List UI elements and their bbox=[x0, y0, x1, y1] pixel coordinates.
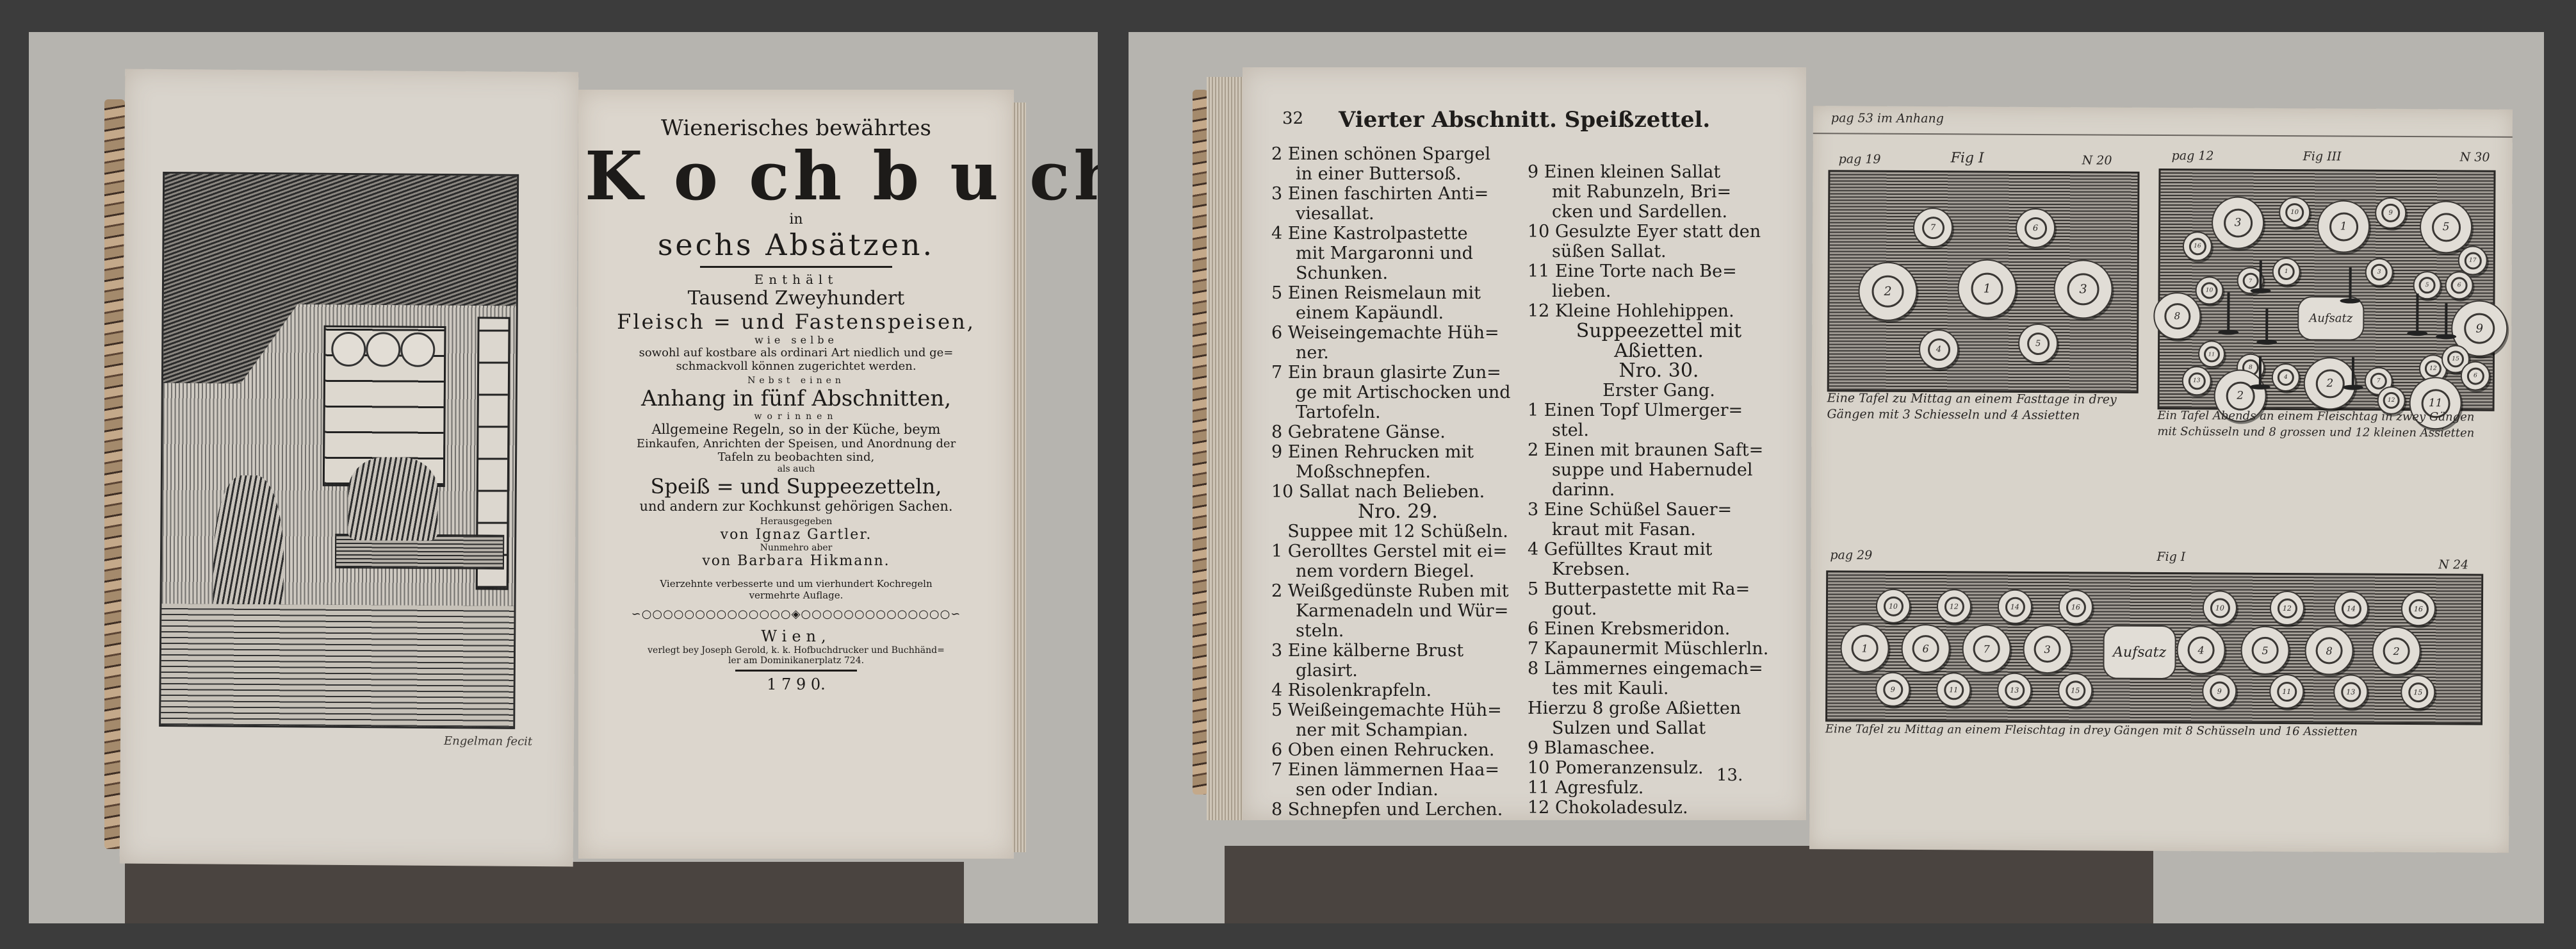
dish-plate: 6 bbox=[2445, 271, 2473, 299]
count-line: Tausend Zweyhundert bbox=[585, 287, 1007, 309]
dish-plate: 11 bbox=[1936, 672, 1971, 707]
dish-number: 3 bbox=[2034, 636, 2061, 663]
dish-plate: 4 bbox=[2272, 363, 2300, 392]
dish-number: 2 bbox=[2383, 638, 2409, 664]
menu-entry: Hierzu 8 große Aßietten bbox=[1528, 698, 1790, 718]
dish-plate: 2 bbox=[1858, 262, 1917, 321]
dish-number: 4 bbox=[1927, 338, 1950, 361]
dish-number: 8 bbox=[2315, 637, 2342, 664]
menu-entry: nem vordern Biegel. bbox=[1271, 561, 1524, 581]
fig3-caption-2: mit Schüsseln und 8 grossen und 12 klein… bbox=[2157, 425, 2474, 440]
signature-mark: 13. bbox=[1716, 766, 1743, 785]
dish-number: 1 bbox=[2278, 263, 2295, 280]
menu-entry: einem Kapäundl. bbox=[1271, 303, 1524, 323]
dish-plate: 11 bbox=[2269, 674, 2304, 709]
menu-entry: 8 Lämmernes eingemach= bbox=[1528, 659, 1790, 679]
menu-entry: darinn. bbox=[1528, 480, 1790, 500]
menu-entry: Schunken. bbox=[1271, 263, 1524, 283]
dish-number: 10 bbox=[2201, 282, 2217, 299]
dish-number: 13 bbox=[2341, 682, 2361, 702]
dish-number: 1 bbox=[1971, 272, 2003, 304]
dish-number: 13 bbox=[2005, 680, 2025, 700]
menu-entry: 12 Chokoladesulz. bbox=[1528, 798, 1790, 818]
dish-plate: 6 bbox=[2461, 361, 2490, 390]
publisher-line-2: ler am Dominikanerplatz 724. bbox=[585, 656, 1007, 666]
appendix-line: Anhang in fünf Abschnitten, bbox=[585, 386, 1007, 411]
kitchen-engraving bbox=[159, 172, 519, 729]
dish-number: 16 bbox=[2189, 238, 2206, 255]
menu-entry: steln. bbox=[1271, 621, 1524, 641]
candlestick-icon bbox=[2265, 309, 2268, 341]
description-line-2: schmackvoll können zugerichtet werden. bbox=[585, 359, 1007, 373]
dish-plate: 4 bbox=[1919, 329, 1959, 369]
dish-plate: 5 bbox=[2240, 626, 2289, 675]
right-photo-panel: 32 Vierter Abschnitt. Speißzettel. 2 Ein… bbox=[1129, 32, 2544, 923]
dish-plate: 16 bbox=[2183, 231, 2212, 261]
dish-number: 7 bbox=[2242, 272, 2258, 288]
edition-line-2: vermehrte Auflage. bbox=[585, 590, 1007, 601]
dish-plate: 16 bbox=[2401, 591, 2436, 626]
dish-number: 11 bbox=[1944, 680, 1964, 700]
nunmehro: Nunmehro aber bbox=[585, 543, 1007, 553]
fig1-caption-1: Eine Tafel zu Mittag an einem Fasttage i… bbox=[1827, 391, 2117, 406]
dish-number: 16 bbox=[2408, 599, 2428, 619]
dish-plate: 9 bbox=[1875, 672, 1910, 707]
menu-entry: suppe und Habernudel bbox=[1528, 460, 1790, 480]
dish-number: 6 bbox=[1912, 635, 1939, 662]
dish-number: 5 bbox=[2251, 637, 2278, 664]
author-line: von Ignaz Gartler. bbox=[585, 527, 1007, 543]
dish-plate: 3 bbox=[2365, 258, 2393, 286]
worinnen: worinnen bbox=[585, 411, 1007, 422]
menu-entry: 11 Eine Torte nach Be= bbox=[1528, 261, 1790, 281]
edition-line-1: Vierzehnte verbesserte und um vierhunder… bbox=[585, 578, 1007, 590]
menu-entry: 2 Einen schönen Spargel bbox=[1271, 144, 1524, 164]
fig1-table-diagram: 7621345 bbox=[1827, 170, 2140, 393]
dish-plate: 1 bbox=[2317, 200, 2370, 252]
other-line: und andern zur Kochkunst gehörigen Sache… bbox=[585, 499, 1007, 514]
dish-number: 15 bbox=[2447, 351, 2464, 367]
menu-entry: 5 Einen Reismelaun mit bbox=[1271, 283, 1524, 303]
engraving-plate bbox=[366, 332, 400, 367]
dish-number: 1 bbox=[2329, 212, 2358, 241]
dish-plate: 6 bbox=[2016, 208, 2055, 248]
menus-line: Speiß = und Suppeezetteln, bbox=[585, 474, 1007, 499]
foldout-rule bbox=[1813, 133, 2513, 138]
dish-number: 17 bbox=[2464, 252, 2481, 269]
dish-number: 7 bbox=[1973, 635, 2000, 662]
herausgegeben: Herausgegeben bbox=[585, 516, 1007, 527]
centerpiece-aufsatz: Aufsatz bbox=[2103, 625, 2176, 680]
dish-number: 6 bbox=[2451, 277, 2468, 293]
menu-entry: 6 Weiseingemachte Hüh= bbox=[1271, 323, 1524, 343]
menu-entry: Suppee mit 12 Schüßeln. bbox=[1271, 522, 1524, 541]
title-rule bbox=[700, 266, 892, 268]
menu-entry: glasirt. bbox=[1271, 661, 1524, 681]
dish-number: 9 bbox=[2464, 313, 2495, 343]
dish-plate: 3 bbox=[2212, 196, 2264, 249]
menu-entry: 4 Eine Kastrolpastette bbox=[1271, 224, 1524, 243]
dish-number: 10 bbox=[2285, 203, 2304, 222]
dish-number: 6 bbox=[2024, 217, 2046, 239]
menu-entry: 12 Kleine Hohlehippen. bbox=[1528, 301, 1790, 321]
menu-entry: 8 Schnepfen und Lerchen. bbox=[1271, 800, 1524, 820]
publisher-line-1: verlegt bey Joseph Gerold, k. k. Hofbuch… bbox=[585, 645, 1007, 656]
dish-plate: 10 bbox=[2279, 197, 2310, 228]
description-line-1: sowohl auf kostbare als ordinari Art nie… bbox=[585, 346, 1007, 359]
dish-number: 11 bbox=[2277, 681, 2297, 701]
dish-number: 7 bbox=[1921, 217, 1944, 239]
dish-plate: 13 bbox=[1997, 673, 2032, 707]
dish-number: 3 bbox=[2067, 273, 2099, 305]
dish-number: 13 bbox=[2188, 372, 2205, 390]
menu-entry: mit Margaronni und bbox=[1271, 243, 1524, 263]
menu-entry: sen oder Indian. bbox=[1271, 780, 1524, 800]
menu-entry: 10 Pomeranzensulz. bbox=[1528, 758, 1790, 778]
dish-number: 2 bbox=[1871, 276, 1903, 308]
rules-line-2: Einkaufen, Anrichten der Speisen, und An… bbox=[585, 437, 1007, 450]
menu-entry: 9 Einen Rehrucken mit bbox=[1271, 442, 1524, 462]
dish-number: 9 bbox=[1883, 679, 1903, 699]
dish-plate: 5 bbox=[2018, 324, 2058, 363]
dish-number: 4 bbox=[2187, 636, 2214, 663]
menu-entry: Sulzen und Sallat bbox=[1528, 718, 1790, 738]
dish-plate: 10 bbox=[2195, 276, 2223, 304]
menu-left-column: 2 Einen schönen Spargelin einer Butterso… bbox=[1271, 144, 1524, 820]
menu-entry: Aßietten. bbox=[1528, 341, 1790, 361]
menu-entry: Moßschnepfen. bbox=[1271, 462, 1524, 482]
dish-plate: 1 bbox=[1957, 259, 2016, 318]
dish-number: 14 bbox=[2341, 598, 2361, 618]
running-head: Vierter Abschnitt. Speißzettel. bbox=[1339, 107, 1710, 133]
dish-number: 9 bbox=[2381, 204, 2400, 222]
year: 1 7 9 0. bbox=[585, 675, 1007, 693]
frontispiece-page: Engelman fecit bbox=[120, 69, 579, 867]
dish-number: 12 bbox=[1944, 597, 1964, 616]
dish-plate: 11 bbox=[2198, 340, 2225, 367]
marbled-cover-edge bbox=[1193, 90, 1208, 795]
fig3-caption-1: Ein Tafel Abends an einem Fleischtag in … bbox=[2157, 409, 2474, 424]
menu-entry: kraut mit Fasan. bbox=[1528, 520, 1790, 540]
dish-plate: 12 bbox=[1937, 589, 1971, 623]
menu-entry: 6 Oben einen Rehrucken. bbox=[1271, 740, 1524, 760]
menu-entry: Nro. 30. bbox=[1528, 361, 1790, 381]
fig3-page-ref: pag 12 bbox=[2172, 149, 2214, 163]
menu-entry: tes mit Kauli. bbox=[1528, 679, 1790, 698]
candlestick-icon bbox=[2227, 293, 2230, 331]
candlestick-icon bbox=[2445, 303, 2447, 335]
fig1-caption-2: Gängen mit 3 Schiesseln und 4 Assietten bbox=[1827, 407, 2080, 422]
menu-entry: Tartofeln. bbox=[1271, 402, 1524, 422]
foldout-plate: pag 53 im Anhang pag 19 Fig I N 20 76213… bbox=[1809, 106, 2513, 853]
menu-entry: Erster Gang. bbox=[1528, 381, 1790, 400]
menu-entry: mit Rabunzeln, Bri= bbox=[1528, 182, 1790, 202]
title-page-text: Wienerisches bewährtes K o ch b u ch in … bbox=[585, 115, 1007, 693]
menu-entry: 3 Eine kälberne Brust bbox=[1271, 641, 1524, 661]
wie-selbe: wie selbe bbox=[585, 334, 1007, 346]
fig3-title: Fig III bbox=[2303, 149, 2342, 163]
nebst: Nebst einen bbox=[585, 375, 1007, 386]
menu-entry: 1 Einen Topf Ulmerger= bbox=[1528, 400, 1790, 420]
dish-number: 15 bbox=[2066, 681, 2085, 700]
dish-number: 5 bbox=[2419, 277, 2436, 293]
dish-number: 10 bbox=[1883, 596, 1903, 616]
dish-plate: 4 bbox=[2176, 625, 2225, 674]
fig1-page-ref: pag 19 bbox=[1839, 152, 1881, 166]
city-line: Wien, bbox=[585, 627, 1007, 645]
menu-text: 32 Vierter Abschnitt. Speißzettel. 2 Ein… bbox=[1243, 67, 1806, 820]
main-title: K o ch b u ch bbox=[585, 141, 1007, 211]
dish-plate: 2 bbox=[2372, 627, 2420, 675]
dish-plate: 1 bbox=[2272, 258, 2301, 286]
left-photo-panel: Engelman fecit Wienerisches bewährtes K … bbox=[29, 32, 1098, 923]
menu-entry: 7 Kapaunermit Müschlerln. bbox=[1528, 639, 1790, 659]
menu-entry: 2 Einen mit braunen Saft= bbox=[1528, 440, 1790, 460]
dish-plate: 13 bbox=[2182, 366, 2212, 395]
menu-entry: ge mit Artischocken und bbox=[1271, 383, 1524, 402]
dish-plate: 16 bbox=[2058, 590, 2093, 624]
publisher-rule bbox=[735, 670, 857, 672]
ornament-divider: ∽○○○○○○○○○○○○○○◈○○○○○○○○○○○○○○∽ bbox=[585, 607, 1007, 621]
dish-number: 8 bbox=[2164, 303, 2190, 329]
menu-entry: süßen Sallat. bbox=[1528, 242, 1790, 261]
menu-entry: gout. bbox=[1528, 599, 1790, 619]
dish-number: 5 bbox=[2027, 332, 2050, 354]
menu-entry: 5 Butterpastette mit Ra= bbox=[1528, 579, 1790, 599]
menu-right-column: 9 Einen kleinen Sallatmit Rabunzeln, Bri… bbox=[1528, 162, 1790, 818]
dish-number: 11 bbox=[2203, 346, 2219, 362]
book-shadow bbox=[125, 862, 964, 923]
fig1b-table-diagram: 10121416101214161673458291113159111315Au… bbox=[1825, 570, 2483, 725]
menu-entry: Krebsen. bbox=[1528, 559, 1790, 579]
dish-plate: 2 bbox=[2304, 357, 2356, 409]
menu-entry: in einer Buttersoß. bbox=[1271, 164, 1524, 184]
engraving-floor bbox=[161, 604, 514, 727]
menu-entry: 9 Blamaschee. bbox=[1528, 738, 1790, 758]
menu-entry: 3 Eine Schüßel Sauer= bbox=[1528, 500, 1790, 520]
title-page-edges bbox=[1012, 103, 1026, 852]
dish-plate: 14 bbox=[1998, 590, 2032, 624]
menu-entry: 6 Einen Krebsmeridon. bbox=[1528, 619, 1790, 639]
editor-line: von Barbara Hikmann. bbox=[585, 553, 1007, 569]
rules-line-1: Allgemeine Regeln, so in der Küche, beym bbox=[585, 422, 1007, 437]
candlestick-icon bbox=[2352, 358, 2354, 386]
dish-number: 5 bbox=[2431, 213, 2460, 242]
dish-number: 12 bbox=[2277, 598, 2297, 618]
engraving-plate bbox=[331, 332, 366, 367]
menu-entry: 9 Einen kleinen Sallat bbox=[1528, 162, 1790, 182]
menu-entry: 2 Weißgedünste Ruben mit bbox=[1271, 581, 1524, 601]
menu-entry: 11 Agresfulz. bbox=[1528, 778, 1790, 798]
fig1b-number: N 24 bbox=[2438, 557, 2468, 572]
menu-entry: 4 Gefülltes Kraut mit bbox=[1528, 540, 1790, 559]
dish-plate: 14 bbox=[2334, 591, 2368, 625]
title-page: Wienerisches bewährtes K o ch b u ch in … bbox=[578, 90, 1014, 859]
page-number: 32 bbox=[1282, 109, 1303, 128]
dish-number: 3 bbox=[2371, 264, 2388, 281]
menu-entry: Karmenadeln und Wür= bbox=[1271, 601, 1524, 621]
als-auch: als auch bbox=[585, 464, 1007, 474]
menu-entry: cken und Sardellen. bbox=[1528, 202, 1790, 222]
dishes-line: Fleisch = und Fastenspeisen, bbox=[585, 309, 1007, 334]
dish-plate: 10 bbox=[2203, 590, 2237, 625]
engraving-plate bbox=[400, 333, 435, 367]
dish-number: 2 bbox=[2315, 369, 2344, 398]
dish-plate: 7 bbox=[1962, 624, 2010, 673]
fig1b-caption: Eine Tafel zu Mittag an einem Fleischtag… bbox=[1825, 722, 2358, 738]
candlestick-icon bbox=[2349, 268, 2351, 300]
menu-entry: 7 Ein braun glasirte Zun= bbox=[1271, 363, 1524, 383]
menu-entry: viesallat. bbox=[1271, 204, 1524, 224]
fig1-number: N 20 bbox=[2082, 153, 2112, 167]
menu-entry: ner mit Schampian. bbox=[1271, 720, 1524, 740]
dish-plate: 15 bbox=[2058, 673, 2092, 707]
fig1-title: Fig I bbox=[1951, 150, 1984, 166]
dish-plate: 3 bbox=[2053, 260, 2112, 318]
menu-text-page: 32 Vierter Abschnitt. Speißzettel. 2 Ein… bbox=[1243, 67, 1806, 820]
candlestick-icon bbox=[2259, 357, 2262, 386]
book-shadow bbox=[1225, 846, 2153, 923]
dish-number: 7 bbox=[2370, 373, 2387, 390]
dish-plate: 13 bbox=[2333, 674, 2368, 709]
dish-number: 3 bbox=[2223, 208, 2252, 237]
menu-entry: stel. bbox=[1528, 420, 1790, 440]
dish-plate: 3 bbox=[2023, 625, 2071, 673]
rules-line-3: Tafeln zu beobachten sind, bbox=[585, 450, 1007, 464]
dish-number: 12 bbox=[2425, 360, 2441, 377]
dish-plate: 8 bbox=[2304, 626, 2353, 675]
menu-entry: 3 Einen faschirten Anti= bbox=[1271, 184, 1524, 204]
dish-plate: 15 bbox=[2401, 675, 2435, 709]
dish-number: 6 bbox=[2466, 367, 2484, 384]
book-block-edges bbox=[1207, 77, 1244, 820]
dish-number: 16 bbox=[2066, 597, 2085, 617]
dish-plate: 7 bbox=[1913, 208, 1953, 247]
fig1b-title: Fig I bbox=[2156, 550, 2185, 564]
dish-number: 12 bbox=[2383, 392, 2400, 409]
menu-entry: ner. bbox=[1271, 343, 1524, 363]
menu-entry: 4 Risolenkrapfeln. bbox=[1271, 681, 1524, 700]
menu-entry: lieben. bbox=[1528, 281, 1790, 301]
dish-plate: 17 bbox=[2458, 245, 2488, 275]
menu-entry: 1 Gerolltes Gerstel mit ei= bbox=[1271, 541, 1524, 561]
dish-number: 9 bbox=[2210, 681, 2230, 701]
dish-plate: 12 bbox=[2270, 591, 2304, 625]
dish-number: 10 bbox=[2210, 598, 2230, 618]
dish-plate: 1 bbox=[1840, 623, 1889, 672]
engraver-signature: Engelman fecit bbox=[444, 734, 532, 748]
menu-entry: Nro. 29. bbox=[1271, 502, 1524, 522]
menu-entry: 8 Gebratene Gänse. bbox=[1271, 422, 1524, 442]
menu-entry: 10 Sallat nach Belieben. bbox=[1271, 482, 1524, 502]
dish-number: 1 bbox=[1852, 634, 1879, 661]
dish-plate: 5 bbox=[2420, 201, 2472, 253]
dish-plate: 9 bbox=[2375, 197, 2406, 229]
engraving-cook-figure bbox=[348, 457, 438, 541]
fig3-number: N 30 bbox=[2460, 150, 2490, 164]
menu-entry: 7 Einen lämmernen Haa= bbox=[1271, 760, 1524, 780]
foldout-header-note: pag 53 im Anhang bbox=[1831, 111, 1944, 126]
dish-plate: 6 bbox=[1901, 624, 1950, 673]
fig3-table-diagram: 3101951613175610978118427121513621112Auf… bbox=[2158, 169, 2496, 411]
fig1b-page-ref: pag 29 bbox=[1830, 548, 1872, 562]
menu-entry: Suppeezettel mit bbox=[1528, 321, 1790, 341]
dish-number: 14 bbox=[2005, 597, 2025, 616]
dish-plate: 8 bbox=[2153, 292, 2201, 340]
menu-entry: 10 Gesulzte Eyer statt den bbox=[1528, 222, 1790, 242]
enthaelt: Enthält bbox=[585, 272, 1007, 287]
dish-plate: 10 bbox=[1876, 589, 1911, 623]
candlestick-icon bbox=[2416, 293, 2418, 332]
dish-number: 15 bbox=[2408, 682, 2428, 702]
title-line-sections: sechs Absätzen. bbox=[585, 227, 1007, 262]
dish-number: 4 bbox=[2278, 369, 2294, 386]
menu-entry: 5 Weißeingemachte Hüh= bbox=[1271, 700, 1524, 720]
candlestick-icon bbox=[2260, 261, 2262, 290]
dish-plate: 9 bbox=[2202, 673, 2237, 708]
